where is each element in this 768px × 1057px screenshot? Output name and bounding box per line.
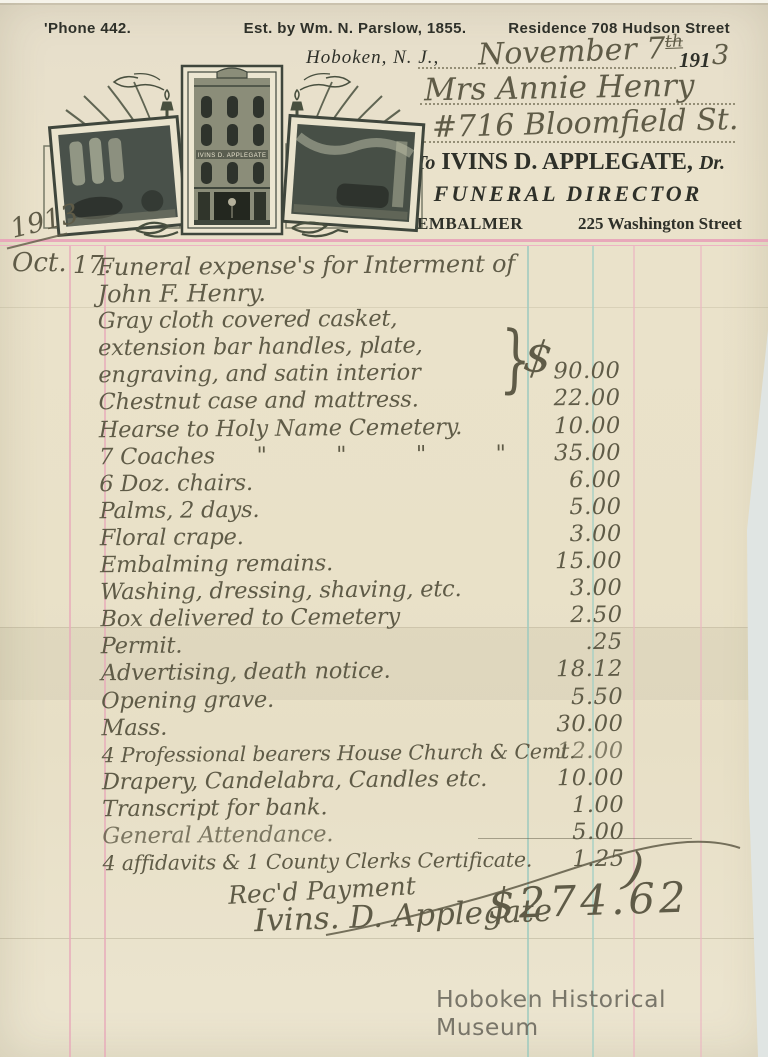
recipient-address: #716 Bloomfield St.: [432, 102, 739, 145]
total-amount: $274.62: [487, 872, 690, 928]
ledger-item-desc: 7 Coaches " " " ": [99, 440, 527, 470]
scanned-invoice-page: 'Phone 442. Est. by Wm. N. Parslow, 1855…: [0, 0, 768, 1057]
building-sign-text: IVINS D. APPLEGATE: [198, 153, 267, 159]
ledger-item-desc: Embalming remains.: [100, 549, 528, 579]
year-handwritten: 3: [712, 40, 729, 71]
ledger-item-amount: 12.00: [530, 737, 624, 764]
handwritten-date: November 7th: [477, 30, 683, 72]
established-line: Est. by Wm. N. Parslow, 1855.: [244, 20, 467, 37]
ledger-item-amount: 2.50: [528, 602, 622, 629]
ledger-item-amount: .25: [529, 629, 623, 656]
margin-month: Oct.: [12, 248, 67, 278]
ledger-item-desc: Box delivered to Cemetery: [100, 603, 528, 633]
ledger-item-desc: Opening grave.: [101, 684, 529, 714]
ledger-item-desc: John F. Henry.: [98, 278, 526, 308]
ledger-item-desc: Washing, dressing, shaving, etc.: [100, 576, 528, 606]
phone-number: 'Phone 442.: [44, 20, 131, 37]
building-engraving: IVINS D. APPLEGATE: [182, 66, 282, 234]
ledger-item-amount: 5.50: [529, 683, 623, 710]
ledger-item-amount: 22.00: [526, 385, 620, 412]
ledger-item-desc: Hearse to Holy Name Cemetery.: [99, 413, 527, 443]
payee-name: IVINS D. APPLEGATE,: [441, 149, 693, 175]
ledger-item-desc: Drapery, Candelabra, Candles etc.: [102, 765, 530, 795]
ledger-item-desc: engraving, and satin interior: [98, 359, 526, 389]
ledger-item-desc: Floral crape.: [100, 521, 528, 551]
ledger-item-desc: Palms, 2 days.: [99, 494, 527, 524]
ledger-item-amount: 18.12: [529, 656, 623, 683]
column-rule-pink-left-1: [69, 246, 71, 1057]
ledger-item-amount: 10.00: [530, 764, 624, 791]
right-parlor-photo: [283, 115, 424, 230]
ledger-item-desc: Chestnut case and mattress.: [98, 386, 526, 416]
ledger-item-desc: Permit.: [101, 630, 529, 660]
recipient-name: Mrs Annie Henry: [424, 68, 695, 109]
ledger-item-desc: Mass.: [101, 711, 529, 741]
ledger-item-desc: Funeral expense's for Interment of: [97, 251, 525, 281]
ledger-item-desc: Gray cloth covered casket,: [98, 305, 526, 335]
payee-line: To IVINS D. APPLEGATE, Dr.: [415, 149, 725, 176]
ledger-item-amount: [526, 277, 620, 278]
ledger-item-amount: 6.00: [527, 466, 621, 493]
letterhead-vignette: IVINS D. APPLEGATE: [38, 56, 428, 242]
ledger-item-desc: Advertising, death notice.: [101, 657, 529, 687]
ledger-item-amount: 1.00: [530, 792, 624, 819]
ledger-item-amount: [525, 250, 619, 251]
ledger-item-amount: 3.00: [528, 575, 622, 602]
ledger-item-desc: 6 Doz. chairs.: [99, 467, 527, 497]
dr-label: Dr.: [699, 152, 725, 174]
header-rule-pink-2: [0, 245, 768, 247]
ledger-item-amount: 30.00: [529, 710, 623, 737]
ledger-item-amount: 3.00: [528, 521, 622, 548]
ledger-item-amount: 35.00: [527, 439, 621, 466]
ledger-item-amount: 5.00: [527, 494, 621, 521]
ledger-item-amount: 10.00: [527, 412, 621, 439]
invoice-paper: 'Phone 442. Est. by Wm. N. Parslow, 1855…: [0, 0, 768, 1057]
ledger-item-amount: [526, 304, 620, 305]
ledger-item-desc: Transcript for bank.: [102, 792, 530, 822]
building-windows: [201, 96, 264, 184]
ledger-item-amount: 15.00: [528, 548, 622, 575]
funeral-director-title: FUNERAL DIRECTOR: [434, 181, 703, 207]
paper-top-edge-shadow: [0, 3, 768, 5]
embalmer-label: EMBALMER: [417, 214, 523, 234]
watermark: Hoboken Historical Museum: [436, 985, 768, 1041]
ledger-item-desc: extension bar handles, plate,: [98, 332, 526, 362]
ledger-item-desc: 4 Professional bearers House Church & Ce…: [102, 738, 530, 768]
street-address: 225 Washington Street: [578, 214, 742, 234]
